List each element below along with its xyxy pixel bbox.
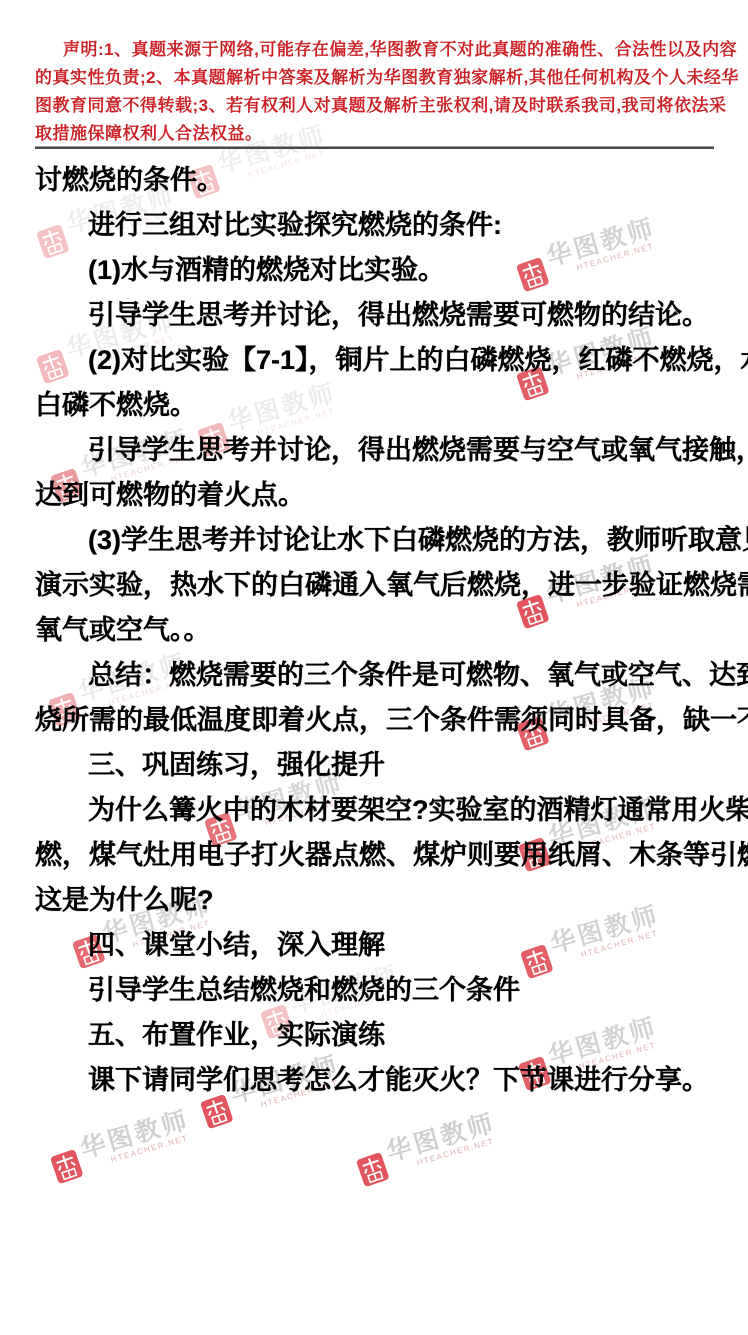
huatu-watermark: 华图教师HTEACHER.NET (353, 1110, 502, 1188)
body-line: 引导学生思考并讨论，得出燃烧需要可燃物的结论。 (35, 293, 735, 338)
watermark-cn-text: 华图教师 (78, 1107, 193, 1163)
body-line: 总结：燃烧需要的三个条件是可燃物、氧气或空气、达到燃 (35, 653, 735, 698)
huatu-logo-icon (355, 1151, 389, 1188)
disclaimer-line: 的真实性负责;2、本真题解析中答案及解析为华图教育独家解析,其他任何机构及个人未… (35, 64, 739, 92)
body-text: 讨燃烧的条件。进行三组对比实验探究燃烧的条件:(1)水与酒精的燃烧对比实验。引导… (35, 158, 735, 1103)
disclaimer-label: 声明: (63, 40, 104, 59)
huatu-logo-icon (49, 1148, 83, 1185)
disclaimer-line: 取措施保障权利人合法权益。 (35, 120, 739, 148)
body-line: 演示实验，热水下的白磷通入氧气后燃烧，进一步验证燃烧需要 (35, 563, 735, 608)
body-line: 为什么篝火中的木材要架空?实验室的酒精灯通常用火柴点 (35, 788, 735, 833)
body-line: 引导学生思考并讨论，得出燃烧需要与空气或氧气接触，并 (35, 428, 735, 473)
watermark-en-text: HTEACHER.NET (110, 1134, 190, 1166)
watermark-en-text: HTEACHER.NET (416, 1137, 496, 1169)
body-line: (2)对比实验【7-1】，铜片上的白磷燃烧，红磷不燃烧，水下 (35, 338, 735, 383)
watermark-text-column: 华图教师HTEACHER.NET (384, 1110, 502, 1175)
body-line: 四、课堂小结，深入理解 (35, 923, 735, 968)
body-line: 这是为什么呢? (35, 878, 735, 923)
body-line: 引导学生总结燃烧和燃烧的三个条件 (35, 968, 735, 1013)
body-line: 三、巩固练习，强化提升 (35, 743, 735, 788)
page-background: 华图教师HTEACHER.NET华图教师HTEACHER.NET华图教师HTEA… (0, 0, 748, 1335)
body-line: 讨燃烧的条件。 (35, 158, 735, 203)
disclaimer-block: 声明:1、真题来源于网络,可能存在偏差,华图教育不对此真题的准确性、合法性以及内… (35, 36, 739, 148)
body-line: 燃，煤气灶用电子打火器点燃、煤炉则要用纸屑、木条等引燃， (35, 833, 735, 878)
body-line: 课下请同学们思考怎么才能灭火？下节课进行分享。 (35, 1058, 735, 1103)
watermark-text-column: 华图教师HTEACHER.NET (78, 1107, 196, 1172)
body-line: 五、布置作业，实际演练 (35, 1013, 735, 1058)
disclaimer-line: 图教育同意不得转载;3、若有权利人对真题及解析主张权利,请及时联系我司,我司将依… (35, 92, 739, 120)
body-line: 烧所需的最低温度即着火点，三个条件需须同时具备，缺一不可。 (35, 698, 735, 743)
body-line: 进行三组对比实验探究燃烧的条件: (35, 203, 735, 248)
divider-line (35, 146, 714, 149)
body-line: (3)学生思考并讨论让水下白磷燃烧的方法，教师听取意见后 (35, 518, 735, 563)
huatu-watermark: 华图教师HTEACHER.NET (47, 1107, 196, 1185)
body-line: (1)水与酒精的燃烧对比实验。 (35, 248, 735, 293)
disclaimer-line: 声明:1、真题来源于网络,可能存在偏差,华图教育不对此真题的准确性、合法性以及内… (35, 36, 739, 64)
watermark-cn-text: 华图教师 (384, 1110, 499, 1166)
body-line: 达到可燃物的着火点。 (35, 473, 735, 518)
body-line: 氧气或空气。。 (35, 608, 735, 653)
body-line: 白磷不燃烧。 (35, 383, 735, 428)
document-page: { "page": {"width": 748, "height": 1335,… (0, 0, 748, 1335)
